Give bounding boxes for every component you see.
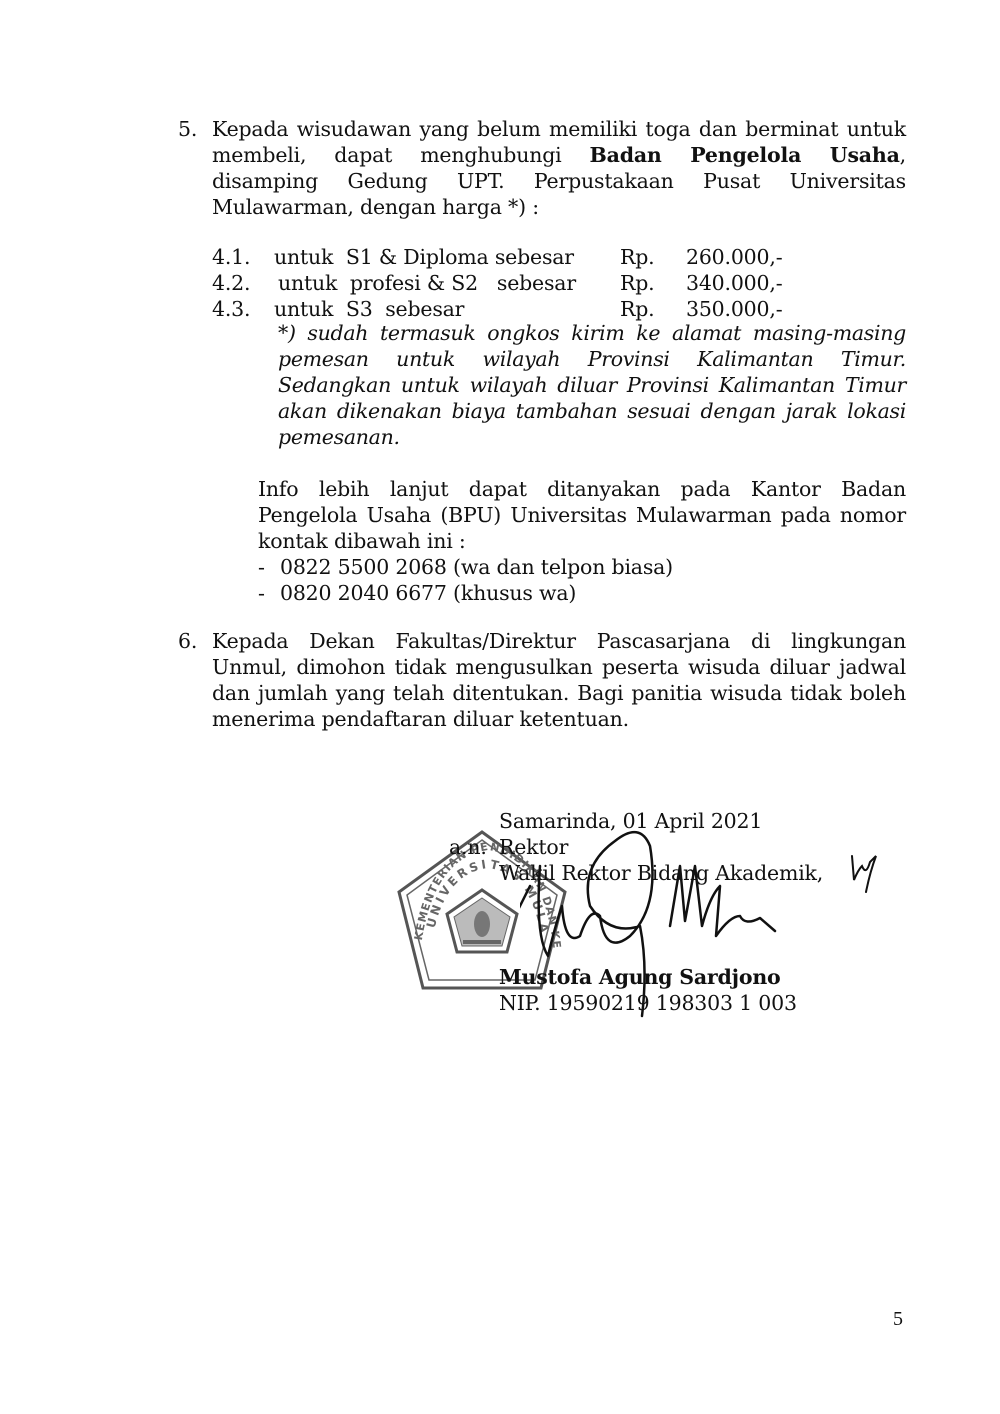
price-currency: Rp.	[620, 296, 654, 322]
contact-info: Info lebih lanjut dapat ditanyakan pada …	[258, 476, 906, 606]
price-amount: 350.000,-	[686, 296, 782, 322]
price-number: 4.2.	[212, 270, 250, 296]
price-note: *) sudah termasuk ongkos kirim ke alamat…	[278, 320, 906, 450]
price-number: 4.3.	[212, 296, 250, 322]
price-currency: Rp.	[620, 244, 654, 270]
price-amount: 260.000,-	[686, 244, 782, 270]
list-item-5: 5. Kepada wisudawan yang belum memiliki …	[178, 116, 906, 220]
item-number: 5.	[178, 116, 197, 142]
an-label: a.n.	[449, 834, 487, 860]
contact-line: -0822 5500 2068 (wa dan telpon biasa)	[258, 554, 906, 580]
item-body: Kepada Dekan Fakultas/Direktur Pascasarj…	[212, 628, 906, 732]
price-number: 4.1.	[212, 244, 250, 270]
dash-bullet: -	[258, 554, 280, 580]
document-page: 5. Kepada wisudawan yang belum memiliki …	[0, 0, 1000, 1414]
price-description: untuk S1 & Diploma sebesar	[274, 244, 574, 270]
price-amount: 340.000,-	[686, 270, 782, 296]
page-number: 5	[893, 1308, 903, 1331]
handwritten-signature-icon	[520, 826, 790, 1026]
price-currency: Rp.	[620, 270, 654, 296]
item-number: 6.	[178, 628, 197, 654]
item-body: Kepada wisudawan yang belum memiliki tog…	[212, 116, 906, 220]
bpu-bold-text: Badan Pengelola Usaha	[590, 143, 900, 167]
contact-phone: 0820 2040 6677 (khusus wa)	[280, 581, 576, 605]
initial-paraf-icon	[848, 852, 878, 902]
contact-phone: 0822 5500 2068 (wa dan telpon biasa)	[280, 555, 673, 579]
price-note-text: *) sudah termasuk ongkos kirim ke alamat…	[278, 320, 906, 450]
info-paragraph: Info lebih lanjut dapat ditanyakan pada …	[258, 476, 906, 554]
price-description: untuk S3 sebesar	[274, 296, 464, 322]
list-item-6: 6. Kepada Dekan Fakultas/Direktur Pascas…	[178, 628, 906, 732]
price-description: untuk profesi & S2 sebesar	[278, 270, 576, 296]
dash-bullet: -	[258, 580, 280, 606]
contact-line: -0820 2040 6677 (khusus wa)	[258, 580, 906, 606]
